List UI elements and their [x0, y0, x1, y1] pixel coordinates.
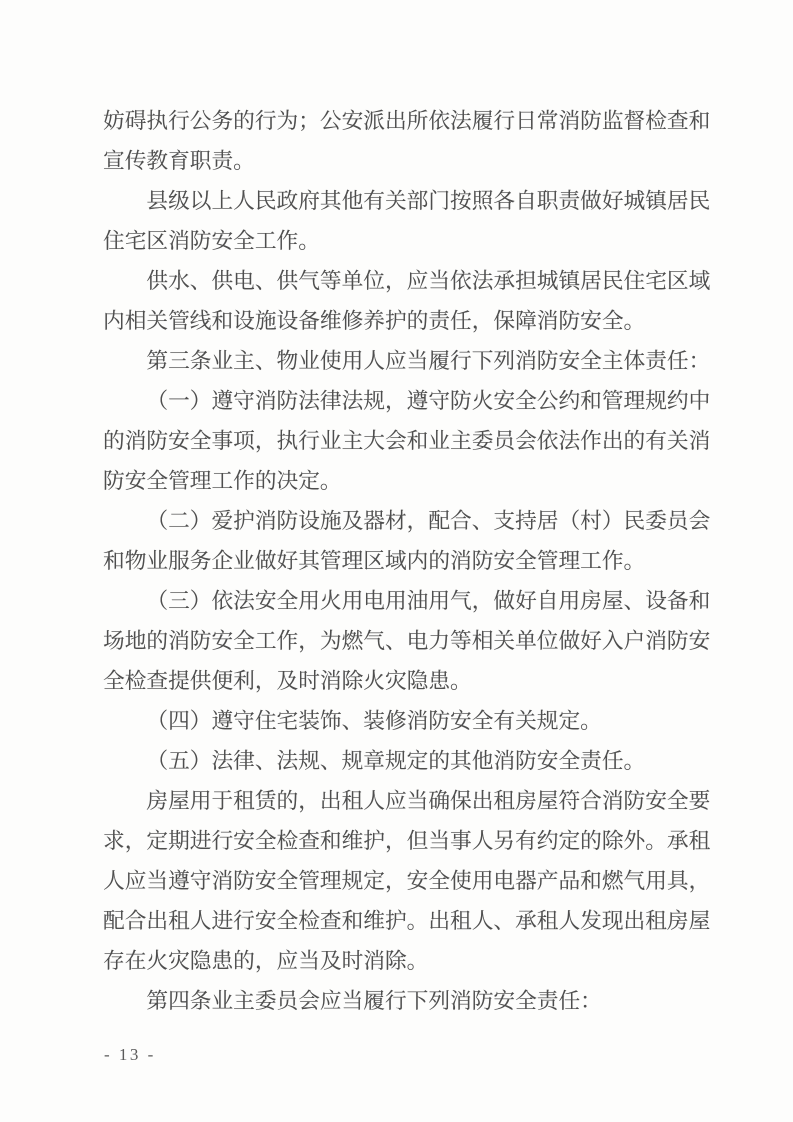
document-page: 妨碍执行公务的行为；公安派出所依法履行日常消防监督检查和宣传教育职责。县级以上人… [0, 0, 793, 1122]
text-line: 妨碍执行公务的行为；公安派出所依法履行日常消防监督检查和 [103, 101, 723, 141]
text-line: 供水、供电、供气等单位，应当依法承担城镇居民住宅区域 [103, 261, 723, 301]
text-line: （二）爱护消防设施及器材，配合、支持居（村）民委员会 [103, 501, 723, 541]
text-line: （一）遵守消防法律法规，遵守防火安全公约和管理规约中 [103, 381, 723, 421]
text-line: 宣传教育职责。 [103, 141, 723, 181]
text-line: 求，定期进行安全检查和维护，但当事人另有约定的除外。承租 [103, 821, 723, 861]
text-line: 县级以上人民政府其他有关部门按照各自职责做好城镇居民 [103, 181, 723, 221]
document-body: 妨碍执行公务的行为；公安派出所依法履行日常消防监督检查和宣传教育职责。县级以上人… [103, 101, 723, 1021]
text-line: 的消防安全事项，执行业主大会和业主委员会依法作出的有关消 [103, 421, 723, 461]
text-line: 和物业服务企业做好其管理区域内的消防安全管理工作。 [103, 541, 723, 581]
text-line: 第四条业主委员会应当履行下列消防安全责任： [103, 981, 723, 1021]
text-line: （五）法律、法规、规章规定的其他消防安全责任。 [103, 741, 723, 781]
text-line: 全检查提供便利，及时消除火灾隐患。 [103, 661, 723, 701]
text-line: 人应当遵守消防安全管理规定，安全使用电器产品和燃气用具， [103, 861, 723, 901]
text-line: 防安全管理工作的决定。 [103, 461, 723, 501]
text-line: （四）遵守住宅装饰、装修消防安全有关规定。 [103, 701, 723, 741]
text-line: 场地的消防安全工作，为燃气、电力等相关单位做好入户消防安 [103, 621, 723, 661]
page-number: - 13 - [104, 1044, 156, 1066]
text-line: 住宅区消防安全工作。 [103, 221, 723, 261]
text-line: 第三条业主、物业使用人应当履行下列消防安全主体责任： [103, 341, 723, 381]
text-line: 内相关管线和设施设备维修养护的责任，保障消防安全。 [103, 301, 723, 341]
text-line: （三）依法安全用火用电用油用气，做好自用房屋、设备和 [103, 581, 723, 621]
text-line: 房屋用于租赁的，出租人应当确保出租房屋符合消防安全要 [103, 781, 723, 821]
text-line: 存在火灾隐患的，应当及时消除。 [103, 941, 723, 981]
text-line: 配合出租人进行安全检查和维护。出租人、承租人发现出租房屋 [103, 901, 723, 941]
